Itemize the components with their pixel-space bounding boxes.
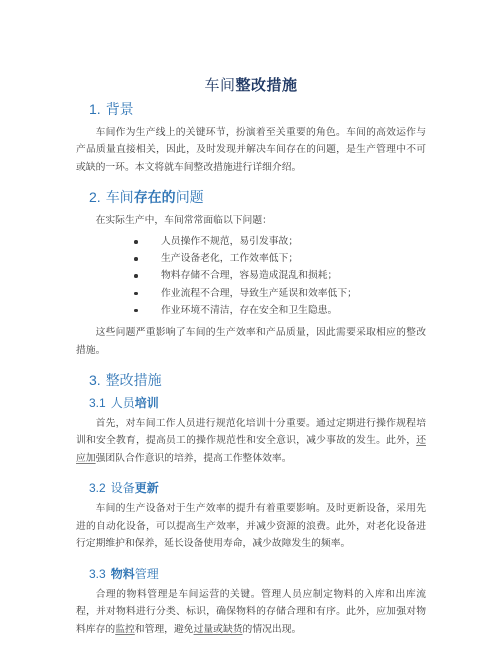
bullet-text: 生产设备老化，工作效率低下；	[161, 253, 298, 264]
bullet-text: 物料存储不合理，容易造成混乱和损耗；	[161, 270, 337, 281]
subsection-title-text: 管理	[135, 567, 159, 581]
paragraph-equipment: 车间的生产设备对于生产效率的提升有着重要影响。及时更新设备，采用先进的自动化设备…	[76, 500, 426, 553]
paragraph-materials: 合理的物料管理是车间运营的关键。管理人员应制定物料的入库和出库流程，并对物料进行…	[76, 586, 426, 639]
document-page: 车间整改措施 1.背景 车间作为生产线上的关键环节，扮演着至关重要的角色。车间的…	[0, 0, 500, 647]
section-number: 2.	[89, 189, 101, 205]
paragraph-problems-intro: 在实际生产中，车间常常面临以下问题：	[76, 212, 426, 230]
bullet-text: 作业环境不清洁，存在安全和卫生隐患。	[161, 305, 337, 316]
subsection-title-text-bold: 物料	[111, 567, 135, 581]
section-title-text: 整改措施	[106, 372, 162, 388]
bullet-text: 作业流程不合理，导致生产延误和效率低下；	[161, 288, 357, 299]
bullet-item: 物料存储不合理，容易造成混乱和损耗；	[134, 267, 426, 284]
doc-title: 车间整改措施	[76, 76, 426, 96]
paragraph-training: 首先，对车间工作人员进行规范化培训十分重要。通过定期进行操作规程培训和安全教育，…	[76, 415, 426, 468]
subsection-heading-training: 3.1人员培训	[89, 395, 426, 411]
subsection-heading-materials: 3.3物料管理	[89, 566, 426, 582]
bullet-dot-icon	[134, 274, 138, 278]
section-heading-problems: 2.车间存在的问题	[89, 189, 426, 207]
problem-bullet-list: 人员操作不规范，易引发事故； 生产设备老化，工作效率低下； 物料存储不合理，容易…	[76, 233, 426, 319]
bullet-text: 人员操作不规范，易引发事故；	[161, 236, 298, 247]
section-number: 1.	[89, 101, 101, 117]
section-title-text: 问题	[176, 189, 204, 205]
bullet-item: 作业环境不清洁，存在安全和卫生隐患。	[134, 302, 426, 319]
paragraph-background: 车间作为生产线上的关键环节，扮演着至关重要的角色。车间的高效运作与产品质量直接相…	[76, 124, 426, 177]
section-title-text-bold: 存在的	[134, 189, 176, 205]
paragraph-text: 的情况出现。	[243, 624, 302, 635]
section-title-text: 车间	[106, 189, 134, 205]
bullet-dot-icon	[134, 240, 138, 244]
bullet-dot-icon	[134, 257, 138, 261]
section-heading-background: 1.背景	[89, 101, 426, 119]
subsection-number: 3.2	[89, 481, 106, 495]
subsection-number: 3.3	[89, 567, 106, 581]
paragraph-text: 首先，对车间工作人员进行规范化培训十分重要。通过定期进行操作规程培训和安全教育，…	[76, 418, 426, 447]
bullet-dot-icon	[134, 292, 138, 296]
section-number: 3.	[89, 372, 101, 388]
subsection-title-text: 人员	[111, 396, 135, 410]
subsection-title-text-bold: 更新	[135, 481, 159, 495]
subsection-title-text: 设备	[111, 481, 135, 495]
doc-title-text-bold: 整改措施	[236, 77, 298, 94]
bullet-dot-icon	[134, 309, 138, 313]
subsection-title-text-bold: 培训	[135, 396, 159, 410]
underlined-phrase: 监控	[115, 624, 135, 635]
subsection-heading-equipment: 3.2设备更新	[89, 480, 426, 496]
section-heading-measures: 3.整改措施	[89, 372, 426, 390]
paragraph-problems-outro: 这些问题严重影响了车间的生产效率和产品质量，因此需要采取相应的整改措施。	[76, 324, 426, 359]
paragraph-text: 强团队合作意识的培养，提高工作整体效率。	[96, 453, 292, 464]
subsection-number: 3.1	[89, 396, 106, 410]
paragraph-text: 和管理，避免	[135, 624, 194, 635]
bullet-item: 生产设备老化，工作效率低下；	[134, 250, 426, 267]
underlined-phrase: 过量或缺货	[194, 624, 243, 635]
bullet-item: 作业流程不合理，导致生产延误和效率低下；	[134, 285, 426, 302]
doc-title-text-normal: 车间	[204, 77, 235, 94]
bullet-item: 人员操作不规范，易引发事故；	[134, 233, 426, 250]
section-title-text: 背景	[106, 101, 134, 117]
